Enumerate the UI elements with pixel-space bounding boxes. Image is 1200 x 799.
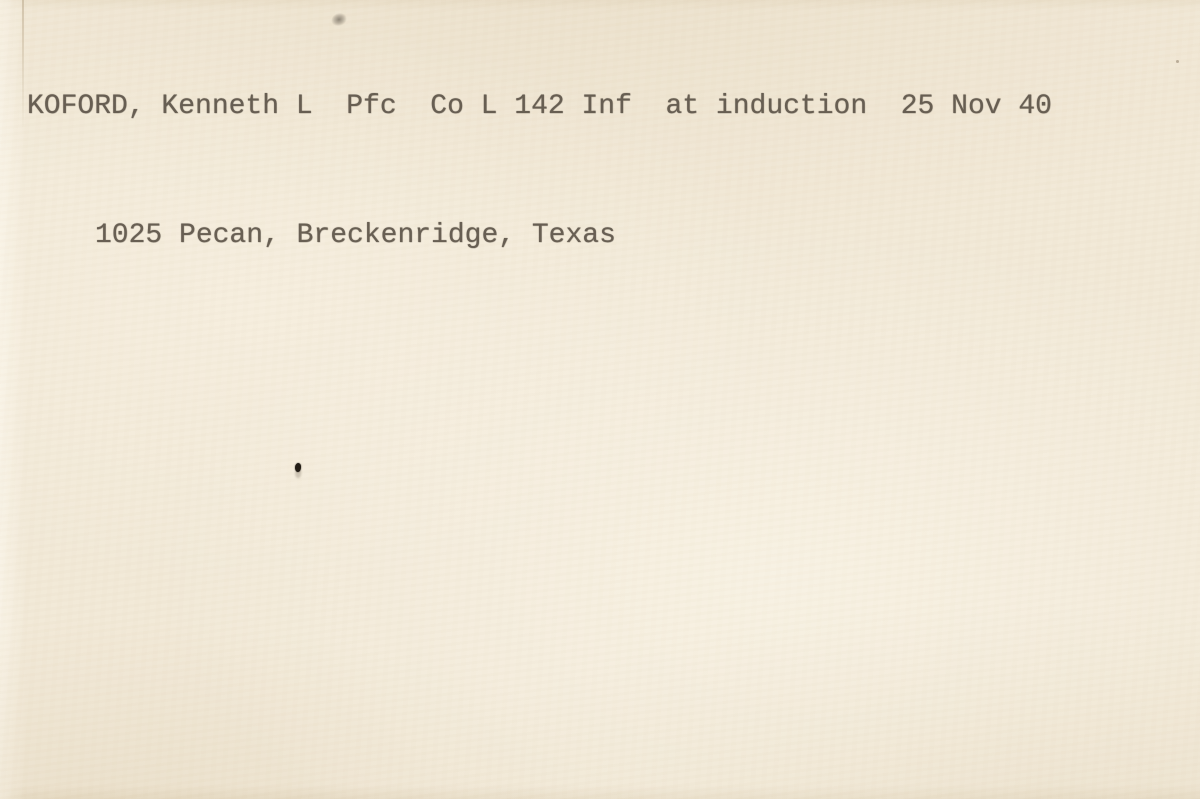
- paper-crease: [22, 0, 24, 140]
- paper-fleck: [1176, 60, 1179, 63]
- caption-card: KOFORD, Kenneth L Pfc Co L 142 Inf at in…: [0, 0, 1200, 799]
- typed-caption: KOFORD, Kenneth L Pfc Co L 142 Inf at in…: [27, 0, 1052, 343]
- caption-line-1: KOFORD, Kenneth L Pfc Co L 142 Inf at in…: [27, 85, 1052, 128]
- ink-speck: [294, 463, 301, 473]
- caption-line-2: 1025 Pecan, Breckenridge, Texas: [95, 214, 1052, 257]
